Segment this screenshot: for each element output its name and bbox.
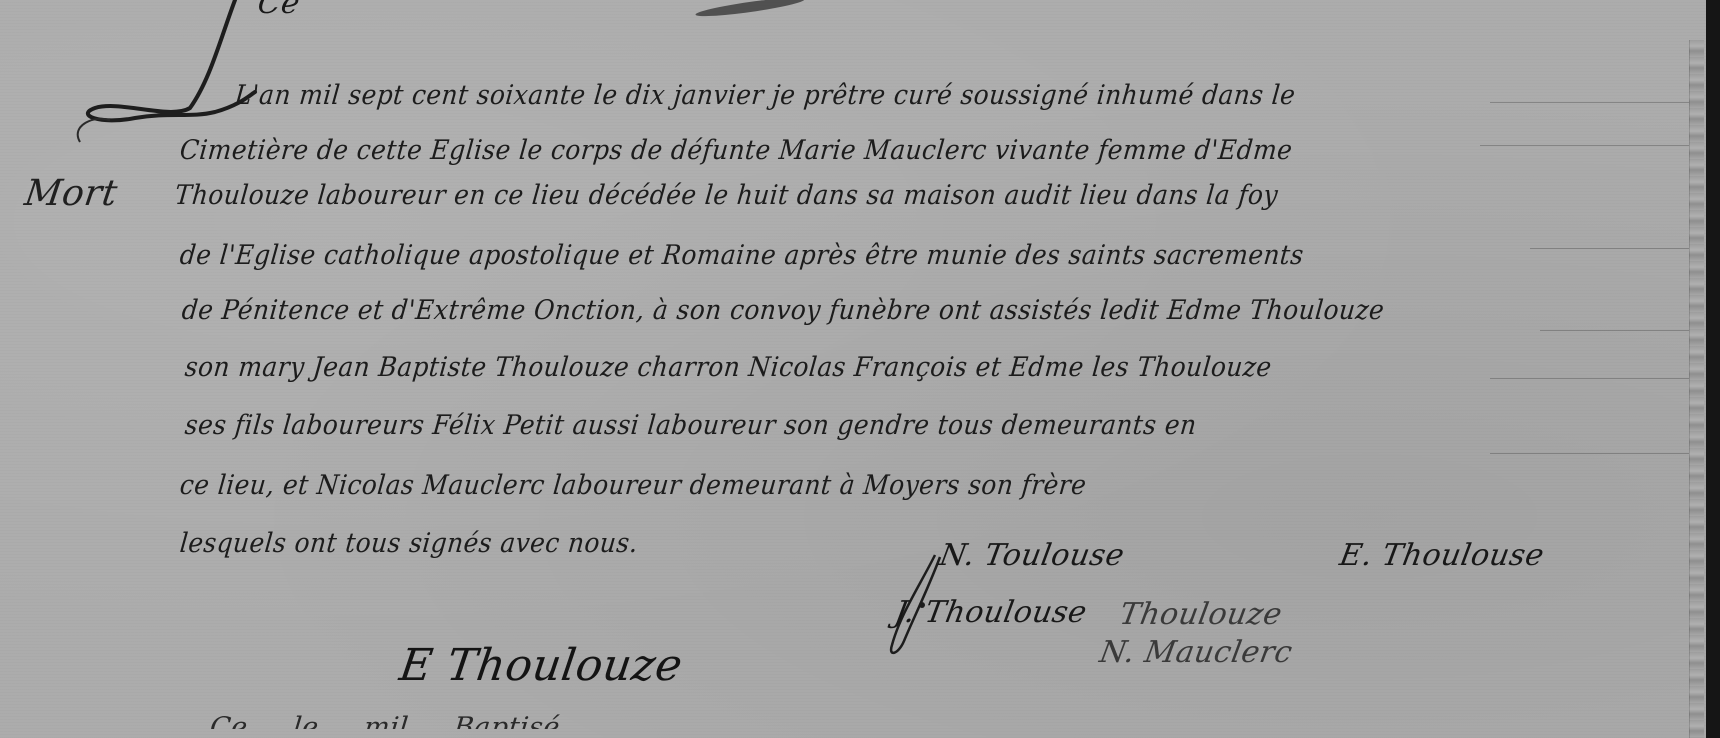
body-line-9: lesquels ont tous signés avec nous. (179, 528, 640, 559)
signature-n-mauclerc: N. Mauclerc (1097, 635, 1295, 670)
signature-n-toulouse: N. Toulouse (937, 538, 1127, 573)
ruled-line (1490, 378, 1700, 379)
ruled-line (1490, 102, 1700, 103)
ruled-line (1530, 248, 1700, 249)
body-line-5: de Pénitence et d'Extrême Onction, à son… (181, 295, 1386, 326)
signature-e-thoulouze: E Thoulouze (396, 640, 685, 691)
bottom-cut-line: Ce ... le ... mil ... Baptisé (208, 712, 561, 738)
signature-j-thoulouse: J. Thoulouse (892, 595, 1090, 630)
ink-blot (695, 0, 805, 20)
scan-border (1706, 0, 1720, 738)
ruled-line (1540, 330, 1700, 331)
body-line-2: Cimetière de cette Eglise le corps de dé… (179, 135, 1294, 166)
body-line-8: ce lieu, et Nicolas Mauclerc laboureur d… (179, 470, 1088, 501)
body-line-4: de l'Eglise catholique apostolique et Ro… (179, 240, 1306, 271)
body-line-7: ses fils laboureurs Félix Petit aussi la… (184, 410, 1199, 441)
document-scan: Ce Mort L'an mil sept cent soixante le d… (0, 0, 1712, 738)
body-line-6: son mary Jean Baptiste Thoulouze charron… (184, 352, 1274, 383)
body-line-1: L'an mil sept cent soixante le dix janvi… (234, 80, 1297, 111)
signature-thoulouze-2: Thoulouze (1117, 597, 1285, 632)
signature-e-thoulouse: E. Thoulouse (1337, 538, 1547, 573)
ruled-line (1490, 453, 1700, 454)
torn-page-edge (1689, 40, 1704, 738)
top-fragment: Ce (255, 0, 303, 21)
margin-note-mort: Mort (22, 173, 120, 214)
ruled-line (1480, 145, 1700, 146)
body-line-3: Thoulouze laboureur en ce lieu décédée l… (174, 180, 1280, 211)
